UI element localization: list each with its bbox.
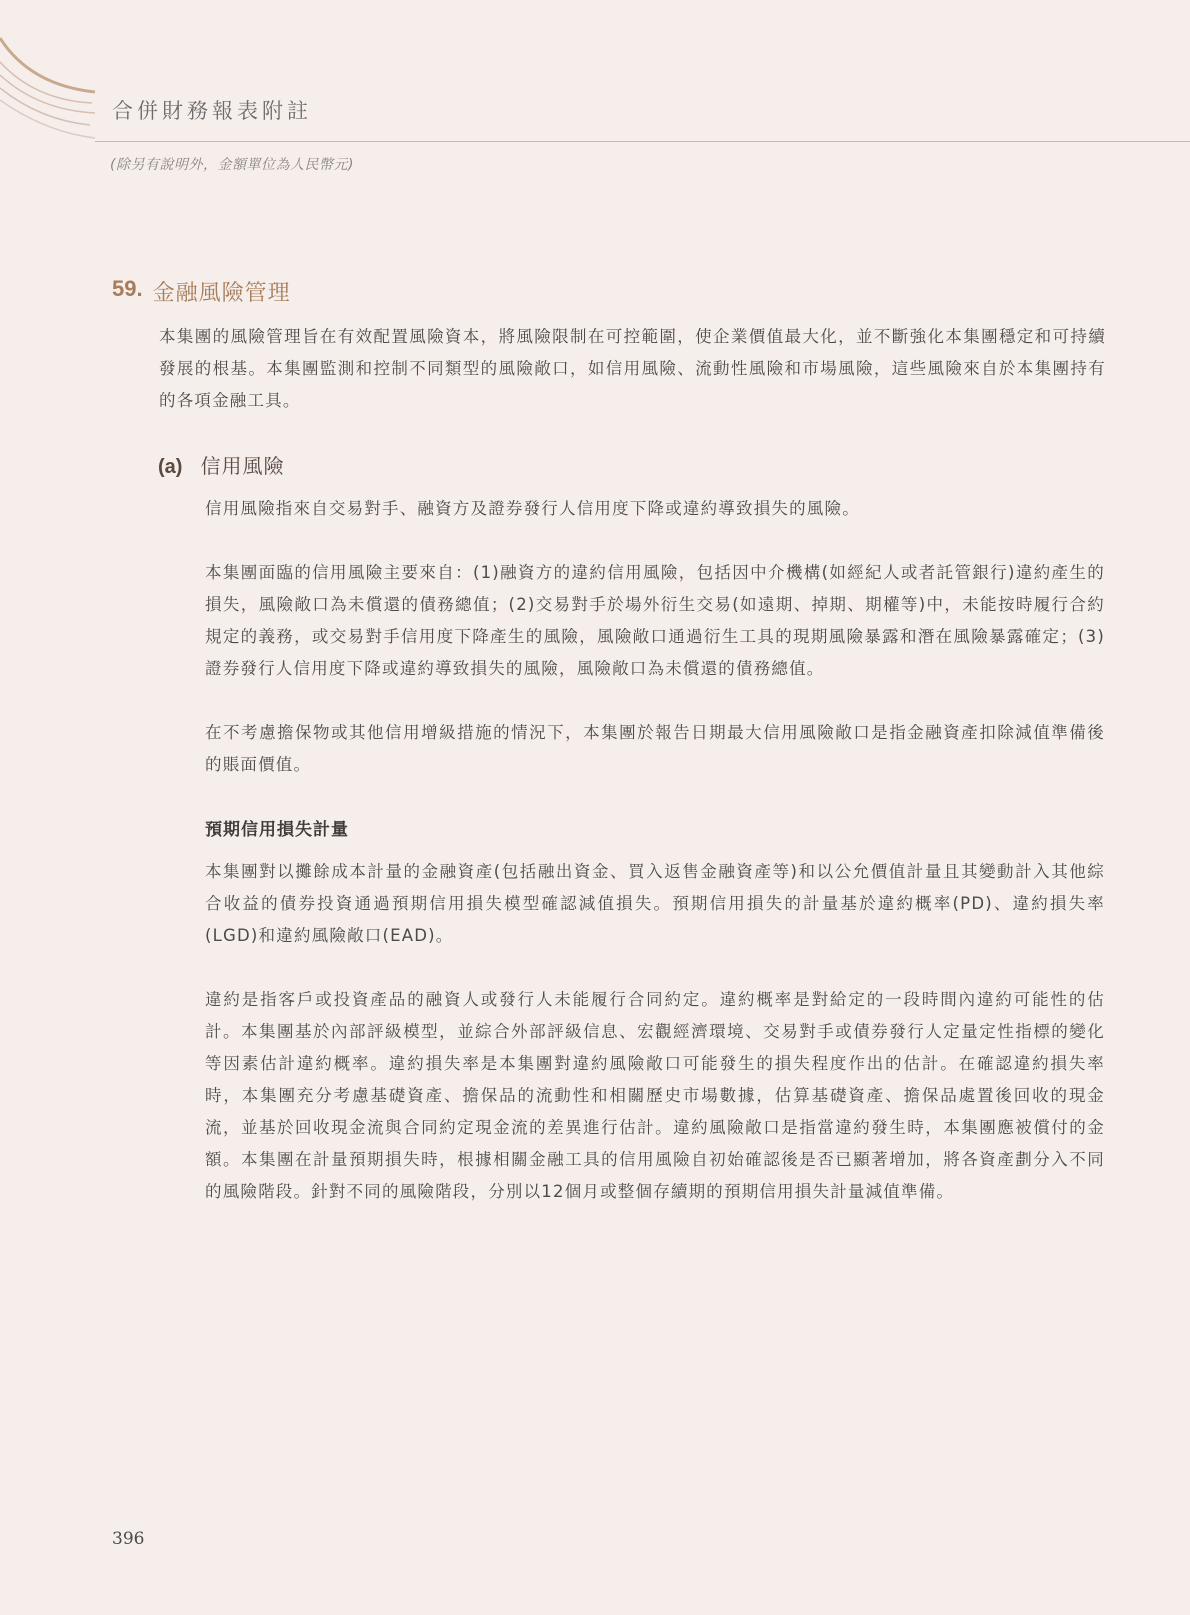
credit-risk-sources-paragraph: 本集團面臨的信用風險主要來自：(1)融資方的違約信用風險，包括因中介機構(如經紀…	[205, 557, 1105, 685]
header-divider	[95, 141, 1190, 142]
section-heading: 59. 金融風險管理	[112, 276, 291, 307]
subsection-heading: (a) 信用風險	[158, 450, 284, 479]
max-exposure-paragraph: 在不考慮擔保物或其他信用增級措施的情況下，本集團於報告日期最大信用風險敞口是指金…	[205, 717, 1105, 781]
credit-risk-definition-paragraph: 信用風險指來自交易對手、融資方及證券發行人信用度下降或違約導致損失的風險。	[205, 493, 1105, 525]
section-intro-paragraph: 本集團的風險管理旨在有效配置風險資本，將風險限制在可控範圍，使企業價值最大化，並…	[159, 321, 1106, 417]
subsection-title: 信用風險	[200, 450, 284, 479]
section-title: 金融風險管理	[153, 276, 291, 307]
currency-note: (除另有說明外，金額單位為人民幣元)	[110, 154, 354, 174]
ecl-heading: 預期信用損失計量	[205, 815, 349, 840]
subsection-label: (a)	[158, 456, 182, 479]
page-number: 396	[112, 1529, 144, 1549]
ecl-definitions-paragraph: 違約是指客戶或投資產品的融資人或發行人未能履行合同約定。違約概率是對給定的一段時…	[205, 984, 1105, 1208]
section-number: 59.	[112, 276, 143, 307]
ecl-model-paragraph: 本集團對以攤餘成本計量的金融資產(包括融出資金、買入返售金融資產等)和以公允價值…	[205, 856, 1105, 952]
page-header-title: 合併財務報表附註	[112, 95, 312, 125]
decorative-arcs-icon	[0, 0, 110, 150]
